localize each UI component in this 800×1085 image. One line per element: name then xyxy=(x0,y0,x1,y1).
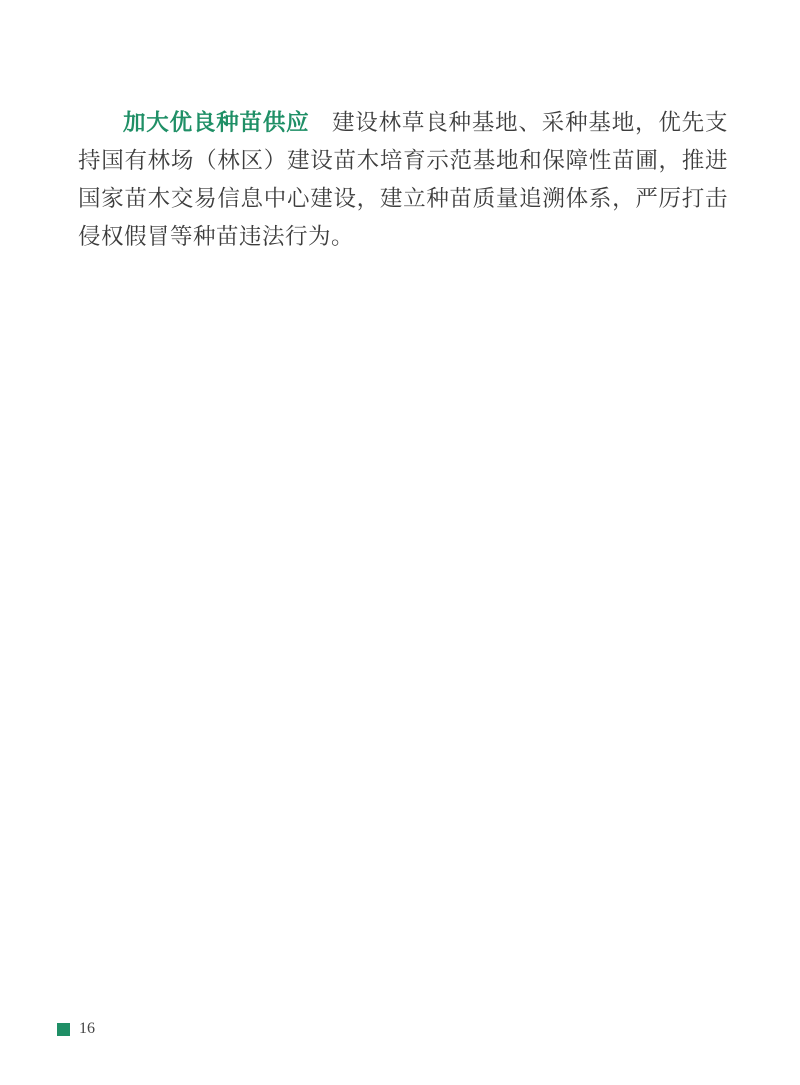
page-marker-square xyxy=(57,1023,70,1036)
paragraph: 加大优良种苗供应建设林草良种基地、采种基地，优先支持国有林场（林区）建设苗木培育… xyxy=(78,104,728,256)
page-number: 16 xyxy=(79,1021,95,1037)
document-page: 加大优良种苗供应建设林草良种基地、采种基地，优先支持国有林场（林区）建设苗木培育… xyxy=(0,0,800,1085)
page-footer: 16 xyxy=(57,1021,95,1037)
paragraph-heading: 加大优良种苗供应 xyxy=(123,110,310,135)
page-content: 加大优良种苗供应建设林草良种基地、采种基地，优先支持国有林场（林区）建设苗木培育… xyxy=(78,104,728,256)
